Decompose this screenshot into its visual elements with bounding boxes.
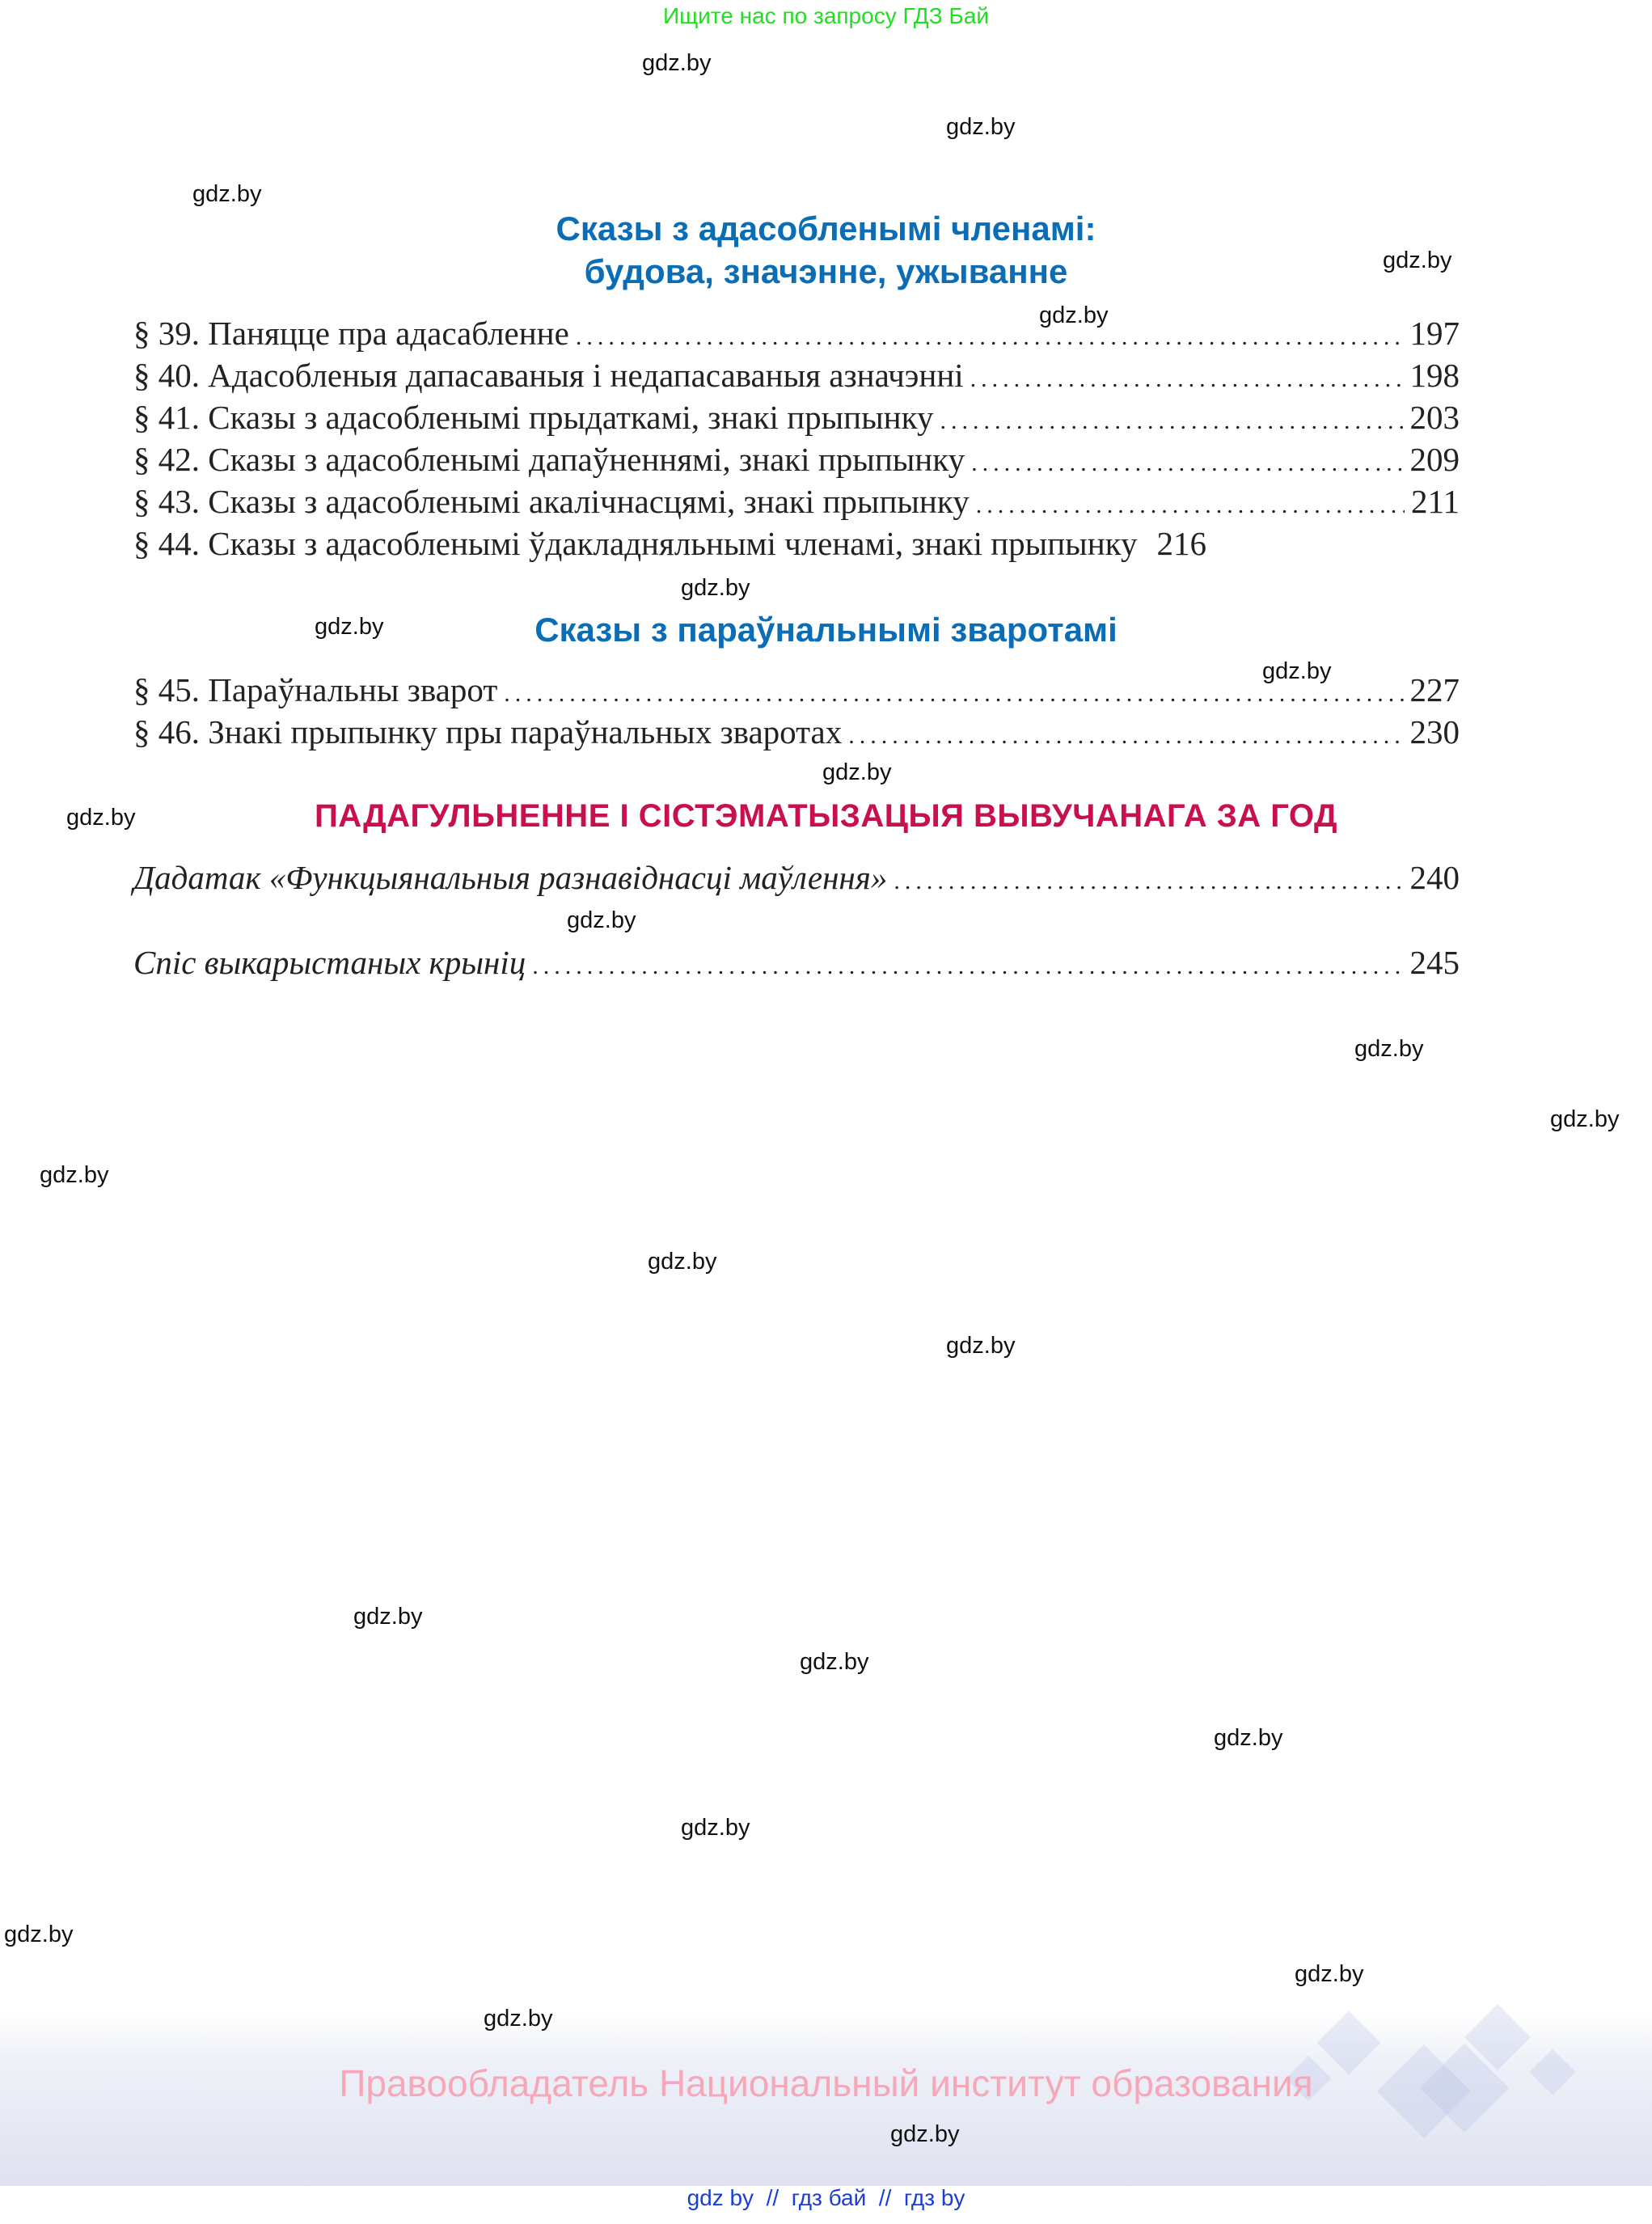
toc-entry-43[interactable]: § 43. Сказы з адасобленымі акалічнасцямі…	[133, 482, 1460, 524]
toc-entry-title: § 41. Сказы з адасобленымі прыдаткамі, з…	[133, 398, 933, 437]
dot-leader	[970, 366, 1404, 393]
watermark: gdz.by	[800, 1649, 868, 1676]
toc-entry-page: 203	[1410, 398, 1460, 437]
watermark: gdz.by	[890, 2121, 959, 2148]
watermark: gdz.by	[642, 50, 711, 77]
watermark: gdz.by	[648, 1249, 716, 1275]
toc-entry-title: § 42. Сказы з адасобленымі дапаўненнямі,…	[133, 440, 965, 479]
toc-entry-title: § 39. Паняцце пра адасабленне	[133, 314, 569, 353]
toc-entry-page: 216	[1157, 524, 1207, 563]
toc-entry-title: § 44. Сказы з адасобленымі ўдакладняльны…	[133, 524, 1138, 563]
watermark: gdz.by	[353, 1604, 422, 1630]
dot-leader	[532, 953, 1403, 980]
watermark: gdz.by	[946, 114, 1015, 141]
watermark: gdz.by	[315, 614, 383, 641]
watermark: gdz.by	[567, 907, 636, 934]
toc-entry-title: § 43. Сказы з адасобленымі акалічнасцямі…	[133, 482, 970, 521]
watermark: gdz.by	[1262, 658, 1331, 685]
toc-entry-page: 197	[1410, 314, 1460, 353]
dot-leader	[894, 868, 1403, 895]
toc-entry-page: 209	[1410, 440, 1460, 479]
dot-leader	[976, 492, 1405, 519]
watermark: gdz.by	[1295, 1961, 1363, 1988]
toc-entry-page: 211	[1411, 482, 1460, 521]
watermark: gdz.by	[4, 1922, 73, 1948]
section-heading-line: Сказы з адасобленымі членамі:	[0, 207, 1652, 250]
toc-entry-39[interactable]: § 39. Паняцце пра адасабленне 197	[133, 314, 1460, 356]
watermark: gdz.by	[1550, 1106, 1619, 1133]
toc-entry-page: 230	[1410, 712, 1460, 751]
toc-entry-46[interactable]: § 46. Знакі прыпынку пры параўнальных зв…	[133, 712, 1460, 755]
watermark: gdz.by	[1383, 247, 1451, 274]
section-heading-line: Сказы з параўнальнымі зваротамі	[0, 608, 1652, 651]
toc-entry-page: 198	[1410, 356, 1460, 395]
section-heading-comparative-phrases: Сказы з параўнальнымі зваротамі	[0, 608, 1652, 651]
watermark: gdz.by	[822, 759, 891, 786]
watermark: gdz.by	[1354, 1036, 1423, 1063]
watermark: gdz.by	[1214, 1725, 1282, 1752]
toc-entry-title: § 46. Знакі прыпынку пры параўнальных зв…	[133, 712, 842, 751]
toc-entry-appendix[interactable]: Дадатак «Функцыянальныя разнавіднасці ма…	[133, 858, 1460, 900]
watermark: gdz.by	[681, 1815, 750, 1841]
toc-entry-page: 227	[1410, 670, 1460, 709]
dot-leader	[971, 450, 1403, 477]
footer-site-links[interactable]: gdz by // гдз бай // гдз by	[0, 2185, 1652, 2211]
toc-entry-title: § 40. Адасобленыя дапасаваныя і недапаса…	[133, 356, 964, 395]
toc-entry-title: Дадатак «Функцыянальныя разнавіднасці ма…	[133, 858, 887, 897]
watermark: gdz.by	[1039, 302, 1108, 329]
section-heading-year-review: ПАДАГУЛЬНЕННЕ І СІСТЭМАТЫЗАЦЫЯ ВЫВУЧАНАГ…	[0, 795, 1652, 838]
toc-entry-42[interactable]: § 42. Сказы з адасобленымі дапаўненнямі,…	[133, 440, 1460, 482]
toc-entry-page: 245	[1410, 943, 1460, 982]
watermark: gdz.by	[946, 1333, 1015, 1359]
dot-leader	[848, 722, 1403, 750]
watermark: gdz.by	[484, 2006, 552, 2032]
toc-entry-sources[interactable]: Спіс выкарыстаных крыніц 245	[133, 943, 1460, 985]
watermark: gdz.by	[192, 181, 261, 208]
toc-entry-45[interactable]: § 45. Параўнальны зварот 227	[133, 670, 1460, 712]
toc-entry-41[interactable]: § 41. Сказы з адасобленымі прыдаткамі, з…	[133, 398, 1460, 440]
dot-leader	[940, 408, 1403, 435]
watermark: gdz.by	[681, 575, 750, 602]
watermark: gdz.by	[66, 805, 135, 831]
section-heading-line: ПАДАГУЛЬНЕННЕ І СІСТЭМАТЫЗАЦЫЯ ВЫВУЧАНАГ…	[0, 795, 1652, 838]
search-hint-banner: Ищите нас по запросу ГДЗ Бай	[0, 3, 1652, 29]
toc-entry-title: § 45. Параўнальны зварот	[133, 670, 497, 709]
rights-holder-notice: Правообладатель Национальный институт об…	[0, 2061, 1652, 2105]
watermark: gdz.by	[40, 1162, 108, 1189]
dot-leader	[576, 323, 1404, 351]
toc-entry-page: 240	[1410, 858, 1460, 897]
toc-entry-40[interactable]: § 40. Адасобленыя дапасаваныя і недапаса…	[133, 356, 1460, 398]
toc-entry-title: Спіс выкарыстаных крыніц	[133, 943, 526, 982]
toc-entry-44[interactable]: § 44. Сказы з адасобленымі ўдакладняльны…	[133, 524, 1460, 566]
